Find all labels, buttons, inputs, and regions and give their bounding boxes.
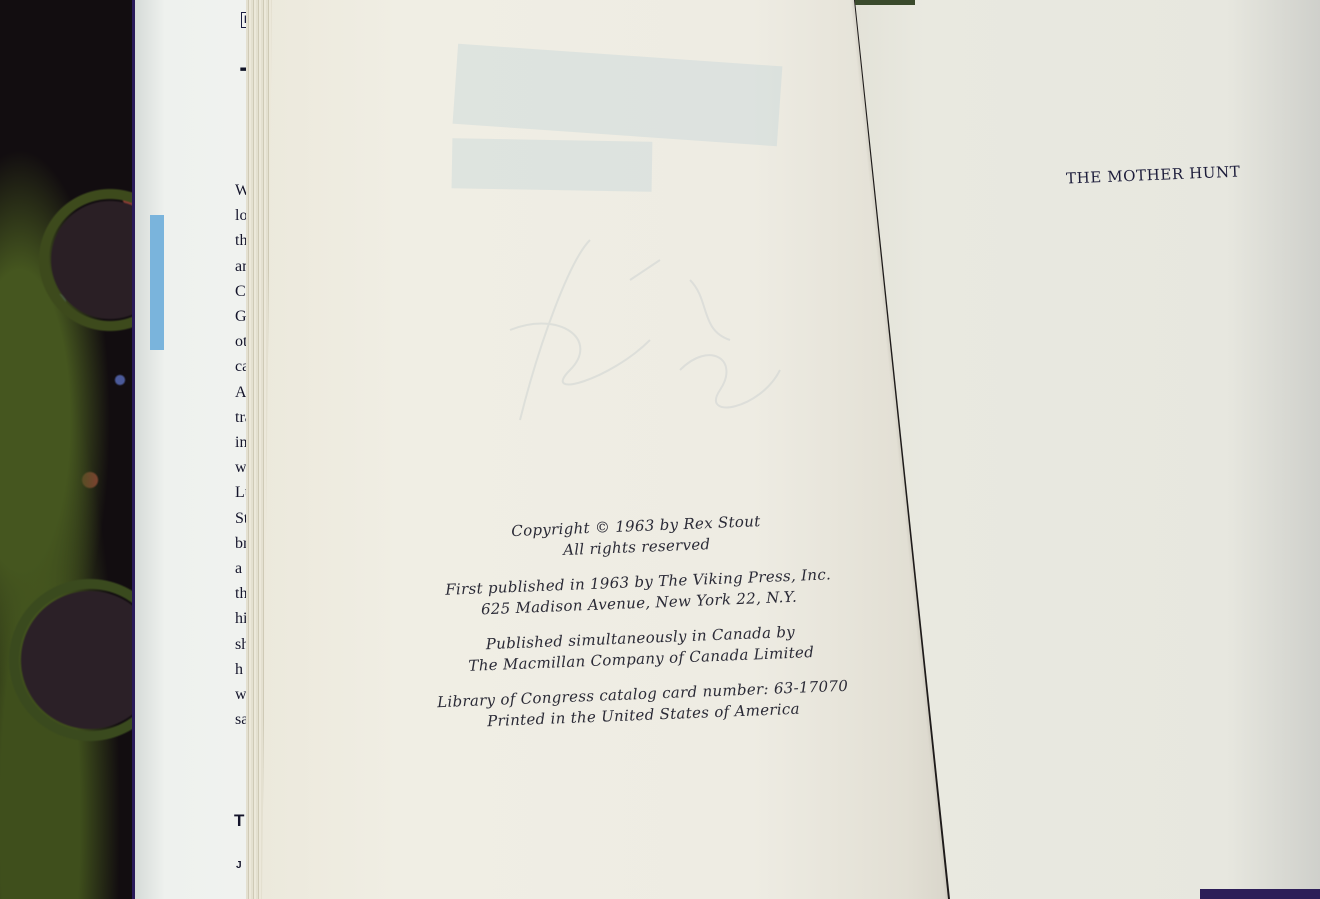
faint-bleedthrough-stamp xyxy=(452,138,653,191)
jacket-blue-stripe xyxy=(150,215,164,350)
copyright-group: Library of Congress catalog card number:… xyxy=(432,676,853,735)
cloth-edge xyxy=(1200,889,1320,899)
jacket-footer-small: J xyxy=(236,860,242,871)
copyright-group: Published simultaneously in Canada byThe… xyxy=(430,620,851,679)
fabric-edge xyxy=(855,0,915,5)
faint-bleedthrough-signature xyxy=(480,220,810,450)
jacket-footer-heading: T xyxy=(234,811,244,831)
copyright-group: First published in 1963 by The Viking Pr… xyxy=(428,564,849,623)
copyright-notice: Copyright © 1963 by Rex StoutAll rights … xyxy=(426,508,855,749)
